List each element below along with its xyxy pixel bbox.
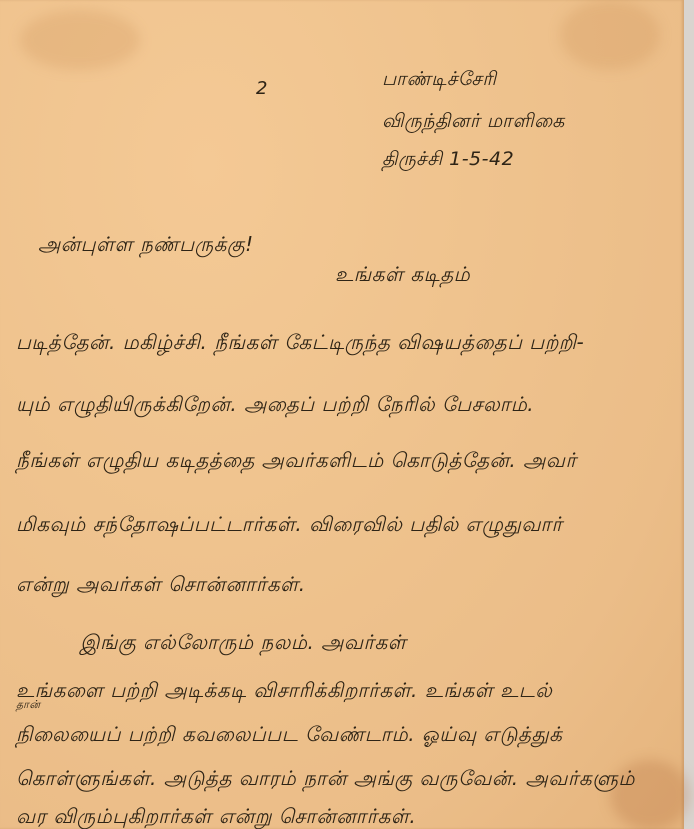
body-line: வர விரும்புகிறார்கள் என்று சொன்னார்கள். bbox=[16, 804, 416, 829]
body-line: என்று அவர்கள் சொன்னார்கள். bbox=[16, 572, 306, 599]
greeting: உங்கள் கடிதம் bbox=[335, 262, 470, 289]
paper-stain bbox=[20, 10, 140, 70]
body-line: படித்தேன். மகிழ்ச்சி. நீங்கள் கேட்டிருந்… bbox=[16, 330, 584, 357]
address-line-2: விருந்தினர் மாளிகை bbox=[382, 110, 565, 135]
salutation: அன்புள்ள நண்பருக்கு! bbox=[38, 232, 254, 259]
address-line-1: பாண்டிச்சேரி bbox=[382, 68, 497, 93]
date-line: திருச்சி 1-5-42 bbox=[382, 148, 514, 173]
margin-insert: தான் bbox=[16, 698, 41, 713]
body-line: மிகவும் சந்தோஷப்பட்டார்கள். விரைவில் பதி… bbox=[16, 512, 562, 539]
letter-paper: 2 பாண்டிச்சேரி விருந்தினர் மாளிகை திருச்… bbox=[0, 0, 684, 829]
body-line: நீங்கள் எழுதிய கடிதத்தை அவர்களிடம் கொடுத… bbox=[16, 448, 576, 475]
body-line: இங்கு எல்லோரும் நலம். அவர்கள் bbox=[80, 630, 406, 657]
paper-stain bbox=[560, 0, 660, 70]
body-line: கொள்ளுங்கள். அடுத்த வாரம் நான் அங்கு வரு… bbox=[16, 766, 635, 793]
body-line: உங்களை பற்றி அடிக்கடி விசாரிக்கிறார்கள்.… bbox=[16, 678, 552, 705]
body-line: யும் எழுதியிருக்கிறேன். அதைப் பற்றி நேரி… bbox=[16, 392, 534, 419]
body-line: நிலையைப் பற்றி கவலைப்பட வேண்டாம். ஓய்வு … bbox=[16, 722, 562, 749]
page-number: 2 bbox=[256, 78, 268, 99]
